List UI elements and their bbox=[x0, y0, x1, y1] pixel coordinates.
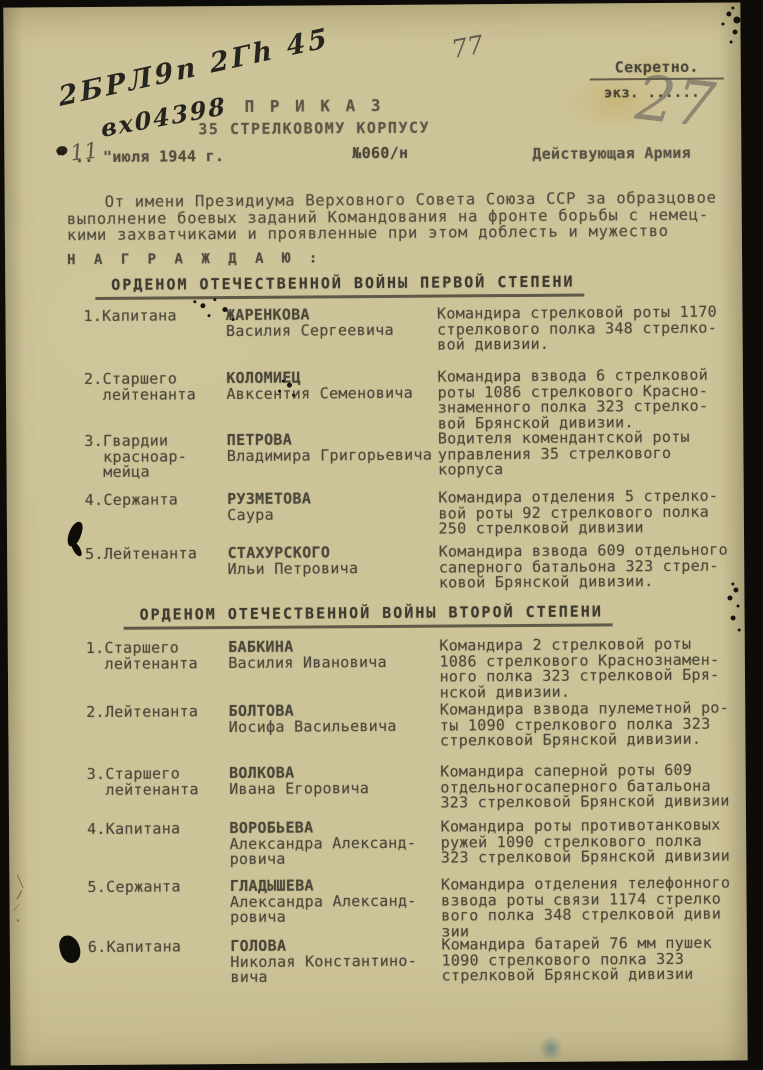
red-pencil-mark: ╲/⁄· bbox=[14, 875, 29, 932]
entry-description: Командира роты противотанковых ружей 109… bbox=[441, 817, 748, 866]
order-title: П Р И К А З bbox=[154, 97, 474, 115]
paper-sheet: 2БРЛ9п 2Гh 45 вх04398 77 Секретно. экз. … bbox=[3, 2, 747, 1065]
award-declaration: Н А Г Р А Ж Д А Ю : bbox=[67, 251, 322, 268]
copy-number-pencil: 27 bbox=[632, 61, 719, 143]
section-heading-first-class: ОРДЕНОМ ОТЕЧЕСТВЕННОЙ ВОЙНЫ ПЕРВОЙ СТЕПЕ… bbox=[95, 275, 584, 300]
entry-rank: Старшего лейтенанта bbox=[104, 640, 198, 672]
entry-rank: Капитана bbox=[106, 821, 181, 837]
entry-description: Командира 2 стрелковой роты 1086 стрелко… bbox=[439, 636, 746, 700]
ink-spot bbox=[56, 146, 67, 155]
entry-description: Командира взвода 6 стрелковой роты 1086 … bbox=[437, 367, 744, 431]
entry-number: 2. bbox=[84, 370, 103, 388]
entry-given-names: Александра Александ- ровича bbox=[230, 835, 441, 867]
entry-row: 5.Лейтенанта СТАХУРСКОГОИльи Петровича К… bbox=[85, 542, 745, 593]
ink-blot-cluster bbox=[731, 6, 734, 9]
ink-blot-cluster bbox=[193, 300, 196, 303]
entry-row: 1.Старшего лейтенанта БАБКИНАВасилия Ива… bbox=[86, 636, 746, 703]
entry-description: Командира взвода пулеметной ро- ты 1090 … bbox=[440, 700, 747, 749]
page-number-handwritten: 77 bbox=[449, 30, 486, 64]
entry-rank: Лейтенанта bbox=[104, 546, 197, 562]
entry-rank: Старшего лейтенанта bbox=[103, 371, 197, 403]
entry-description: Командира саперной роты 609 отдельногоса… bbox=[440, 762, 747, 811]
entry-number: 3. bbox=[84, 432, 103, 450]
entry-description: Водителя комендантской роты управления 3… bbox=[438, 429, 745, 478]
army-label: Действующая Армия bbox=[532, 146, 691, 163]
entry-number: 5. bbox=[85, 545, 104, 563]
entry-given-names: Ильи Петровича bbox=[228, 560, 439, 577]
scanned-order-page: 2БРЛ9п 2Гh 45 вх04398 77 Секретно. экз. … bbox=[0, 0, 763, 1070]
entry-row: 2.Лейтенанта БОЛТОВАИосифа Васильевича К… bbox=[86, 700, 746, 751]
entry-given-names: Иосифа Васильевича bbox=[229, 718, 440, 735]
entry-rank: Сержанта bbox=[103, 492, 178, 508]
entry-rank: Сержанта bbox=[106, 879, 181, 895]
entry-rank: Капитана bbox=[102, 308, 177, 324]
entry-description: Командира стрелковой роты 1170 стрелково… bbox=[437, 304, 744, 353]
paper-hole bbox=[57, 933, 83, 965]
entry-description: Командира отделения 5 стрелко- вой роты … bbox=[438, 488, 745, 537]
entry-number: 1. bbox=[86, 639, 105, 657]
entry-row: 4.Сержанта РУЗМЕТОВАСаура Командира отде… bbox=[85, 488, 745, 539]
entry-given-names: Василия Ивановича bbox=[228, 654, 439, 671]
order-recipient: 35 СТРЕЛКОВОМУ КОРПУСУ bbox=[114, 120, 514, 138]
entry-given-names: Николая Константино- вича bbox=[230, 953, 441, 985]
paper-hole bbox=[70, 540, 84, 557]
ink-blot-cluster bbox=[731, 582, 734, 585]
entry-number: 4. bbox=[87, 820, 106, 838]
entry-rank: Капитана bbox=[106, 939, 181, 955]
entry-row: 1.Капитана ЖАРЕНКОВАВасилия Сергеевича К… bbox=[83, 304, 743, 355]
entry-given-names: Василия Сергеевича bbox=[226, 322, 437, 339]
entry-rank: Лейтенанта bbox=[105, 704, 198, 720]
entry-given-names: Ивана Егоровича bbox=[229, 780, 440, 797]
blue-smudge bbox=[539, 1036, 563, 1062]
entry-row: 5.Сержанта ГЛАДЫШЕВААлександра Александ-… bbox=[87, 875, 747, 942]
entry-number: 5. bbox=[87, 878, 106, 896]
entry-number: 3. bbox=[87, 765, 106, 783]
entry-description: Командира батарей 76 мм пушек 1090 стрел… bbox=[441, 935, 748, 984]
entry-row: 6.Капитана ГОЛОВАНиколая Константино- ви… bbox=[88, 935, 748, 986]
entry-rank: Старшего лейтенанта bbox=[105, 766, 199, 798]
entry-given-names: Саура bbox=[227, 506, 438, 523]
entry-description: Командира взвода 609 отдельного саперног… bbox=[439, 542, 746, 591]
date-day-handwritten: 11 bbox=[69, 139, 100, 167]
section-heading-second-class: ОРДЕНОМ ОТЕЧЕСТВЕННОЙ ВОЙНЫ ВТОРОЙ СТЕПЕ… bbox=[124, 604, 613, 629]
entry-number: 4. bbox=[85, 491, 104, 509]
entry-row: 3.Гвардии красноар- мейца ПЕТРОВАВладими… bbox=[84, 429, 744, 480]
preamble-text: От имени Президиума Верховного Совета Со… bbox=[67, 189, 747, 243]
entry-row: 2.Старшего лейтенанта КОЛОМИЕЦАвксентия … bbox=[84, 367, 744, 434]
entry-number: 6. bbox=[88, 938, 107, 956]
entry-given-names: Александра Александ- ровича bbox=[230, 893, 441, 925]
order-number: №060/н bbox=[352, 146, 408, 162]
ink-blot-cluster bbox=[282, 380, 285, 383]
entry-given-names: Владимира Григорьевича bbox=[227, 447, 438, 464]
entry-given-names: Авксентия Семеновича bbox=[226, 385, 437, 402]
entry-description: Командира отделения телефонного взвода р… bbox=[441, 875, 748, 939]
entry-number: 2. bbox=[86, 703, 105, 721]
entry-row: 3.Старшего лейтенанта ВОЛКОВАИвана Егоро… bbox=[87, 762, 747, 813]
entry-rank: Гвардии красноар- мейца bbox=[103, 433, 187, 480]
entry-number: 1. bbox=[83, 307, 102, 325]
entry-row: 4.Капитана ВОРОБЬЕВААлександра Александ-… bbox=[87, 817, 747, 868]
